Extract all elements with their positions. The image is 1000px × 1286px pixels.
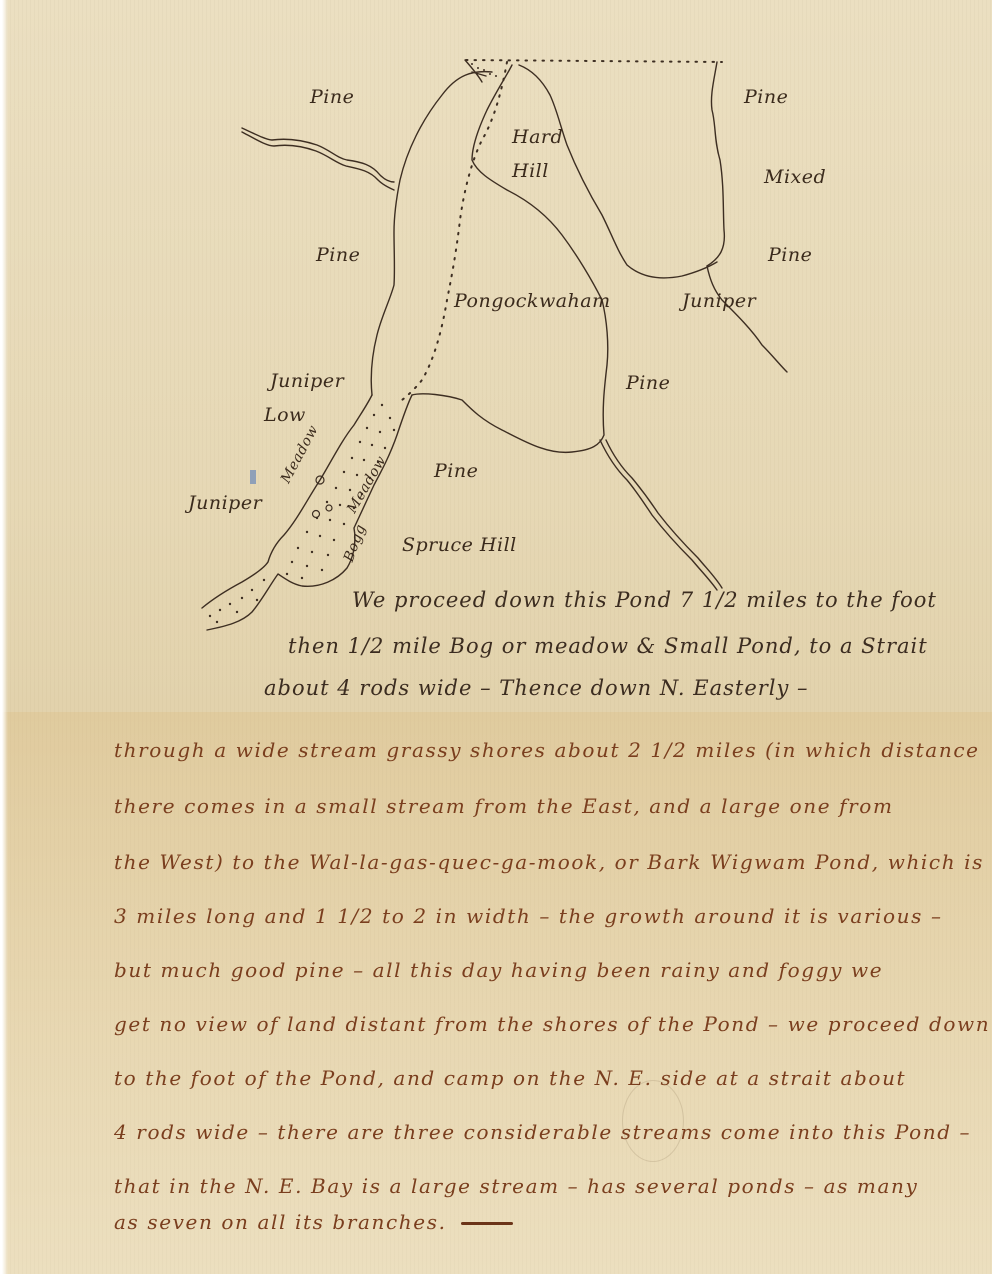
ink-text-line-6: get no view of land distant from the sho…	[114, 1012, 990, 1036]
pond-west-shore	[371, 72, 492, 395]
blue-ink-fleck	[250, 470, 256, 484]
map-label-hill: Hill	[512, 160, 549, 182]
ink-text-line-2: there comes in a small stream from the E…	[114, 794, 894, 818]
ink-text-line-7: to the foot of the Pond, and camp on the…	[114, 1066, 906, 1090]
map-label-pine-northeast: Pine	[744, 86, 788, 108]
map-label-juniper-west: Juniper	[270, 370, 344, 392]
map-label-juniper-southwest: Juniper	[188, 492, 262, 514]
ink-text-line-3: the West) to the Wal-la-gas-quec-ga-mook…	[114, 850, 984, 874]
northeast-bay-outline	[707, 62, 724, 266]
map-label-juniper-east: Juniper	[682, 290, 756, 312]
pond-east-shore	[412, 65, 608, 452]
closing-flourish	[461, 1222, 513, 1225]
ink-text-line-10: as seven on all its branches.	[114, 1210, 513, 1234]
ink-text-line-8: 4 rods wide – there are three considerab…	[114, 1120, 971, 1144]
small-pond-2	[313, 511, 320, 518]
map-label-spruce-hill: Spruce Hill	[402, 534, 517, 556]
map-label-pine-south: Pine	[434, 460, 478, 482]
map-label-pine-east: Pine	[768, 244, 812, 266]
pencil-text-line-3: about 4 rods wide – Thence down N. Easte…	[264, 676, 809, 700]
map-label-pine-west: Pine	[316, 244, 360, 266]
ink-text-line-9: that in the N. E. Bay is a large stream …	[114, 1174, 918, 1198]
east-outlet-stream	[707, 266, 787, 372]
ink-text-line-1: through a wide stream grassy shores abou…	[114, 738, 980, 762]
map-label-pine-southeast: Pine	[626, 372, 670, 394]
west-inlet-stream-b	[242, 132, 394, 190]
manuscript-page: Pine Pine Hard Hill Mixed Pine Pine Pong…	[2, 0, 992, 1274]
map-label-pine-northwest: Pine	[310, 86, 354, 108]
small-pond-3	[326, 505, 332, 511]
pencil-text-line-2: then 1/2 mile Bog or meadow & Small Pond…	[288, 634, 928, 658]
southeast-outlet-stream-a	[600, 440, 717, 590]
map-label-pond-name: Pongockwaham	[454, 290, 611, 312]
map-label-mixed: Mixed	[764, 166, 826, 188]
map-label-hard: Hard	[512, 126, 563, 148]
map-label-low: Low	[264, 404, 306, 426]
ink-text-line-5: but much good pine – all this day having…	[114, 958, 883, 982]
pencil-text-line-1: We proceed down this Pond 7 1/2 miles to…	[352, 588, 937, 612]
ink-text-line-4: 3 miles long and 1 1/2 to 2 in width – t…	[114, 904, 943, 928]
southeast-outlet-stream-b	[606, 440, 722, 588]
ink-text-line-10-text: as seven on all its branches.	[114, 1210, 447, 1234]
